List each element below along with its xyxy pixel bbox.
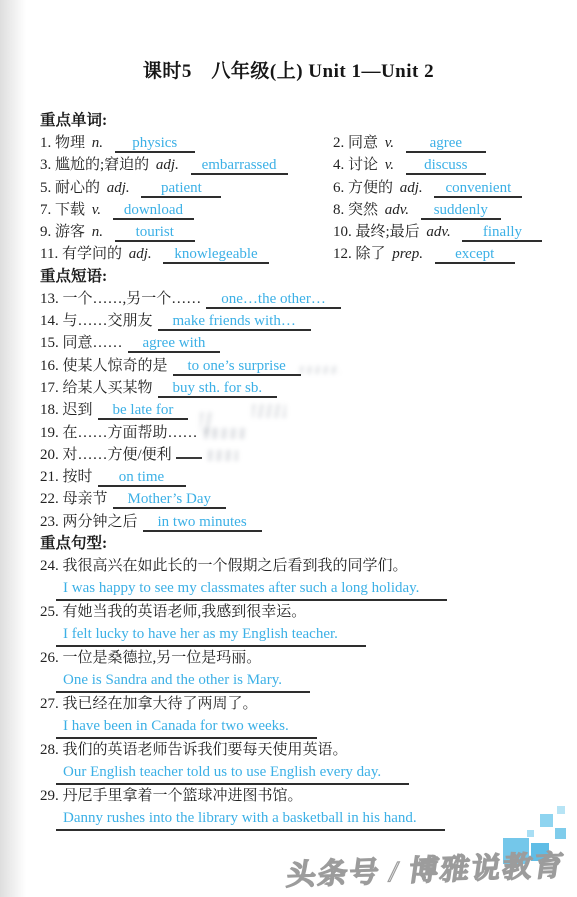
worksheet-content: 重点单词: 1. 物理 n. physics 2. 同意 v. agree 3.… [40,110,552,831]
sentences-list: 24. 我很高兴在如此长的一个假期之后看到我的同学们。 I was happy … [40,555,552,831]
sentence-chinese: 24. 我很高兴在如此长的一个假期之后看到我的同学们。 [40,555,552,577]
answer-sentence: I was happy to see my classmates after s… [56,579,447,601]
sentence-chinese: 27. 我已经在加拿大待了两周了。 [40,693,552,715]
phrases-list: 13. 一个……,另一个……one…the other… 14. 与……交朋友m… [40,288,552,533]
item-number: 18. [40,402,59,418]
word-item: 11. 有学问的 adj. knowlegeable [40,243,333,265]
section-heading-sentences: 重点句型: [40,533,552,555]
phrase-item: 22. 母亲节Mother’s Day [40,488,552,510]
item-number: 23. [40,514,59,530]
answer-blank: except [435,246,515,264]
faded-answer-ink [208,450,238,461]
part-of-speech: v. [385,135,394,151]
worksheet-page: 课时5 八年级(上) Unit 1—Unit 2 重点单词: 1. 物理 n. … [0,56,577,83]
item-number: 20. [40,447,59,463]
phrase-item: 14. 与……交朋友make friends with… [40,310,552,332]
item-number: 17. [40,380,59,396]
sentence-chinese-text: 有她当我的英语老师,我感到很幸运。 [63,604,307,620]
item-number: 8. [333,202,344,218]
answer-blank: one…the other… [206,291,341,309]
answer-blank: on time [98,469,186,487]
answer-blank: embarrassed [191,157,288,175]
item-number: 16. [40,358,59,374]
word-chinese: 耐心的 [55,180,100,196]
scan-edge-shadow [0,0,26,897]
answer-blank: to one’s surprise [173,358,301,376]
phrase-item: 15. 同意……agree with [40,332,552,354]
sentence-chinese: 29. 丹尼手里拿着一个篮球冲进图书馆。 [40,785,552,807]
phrase-item: 19. 在……方面帮助…… [40,422,552,444]
word-item: 9. 游客 n. tourist [40,221,333,243]
faded-answer-ink [204,428,246,439]
phrase-chinese: 在……方面帮助…… [63,425,198,441]
answer-blank: Mother’s Day [113,491,226,509]
phrase-item: 20. 对……方便/便利 [40,444,552,466]
word-item: 8. 突然 adv. suddenly [333,199,552,221]
answer-blank: convenient [434,180,522,198]
word-chinese: 突然 [348,202,378,218]
answer-blank: physics [115,135,195,153]
sentence-item: 25. 有她当我的英语老师,我感到很幸运。 I felt lucky to ha… [40,601,552,647]
item-number: 12. [333,246,352,262]
phrase-chinese: 给某人买某物 [63,380,153,396]
answer-sentence: I have been in Canada for two weeks. [56,717,317,739]
phrase-chinese: 按时 [63,469,93,485]
sentence-chinese-text: 我已经在加拿大待了两周了。 [63,696,258,712]
part-of-speech: adj. [400,180,423,196]
answer-blank: agree [406,135,486,153]
sentence-chinese: 28. 我们的英语老师告诉我们要每天使用英语。 [40,739,552,761]
phrase-chinese: 同意…… [63,335,123,351]
word-item: 4. 讨论 v. discuss [333,154,552,176]
answer-blank: in two minutes [143,514,262,532]
sentence-chinese: 25. 有她当我的英语老师,我感到很幸运。 [40,601,552,623]
word-item: 2. 同意 v. agree [333,132,552,154]
sentence-chinese-text: 一位是桑德拉,另一位是玛丽。 [63,650,262,666]
item-number: 26. [40,650,59,666]
item-number: 10. [333,224,352,240]
answer-blank: discuss [406,157,486,175]
word-chinese: 最终;最后 [356,224,420,240]
phrase-item: 18. 迟到be late for [40,399,552,421]
phrase-item: 16. 使某人惊奇的是to one’s surprise [40,355,552,377]
item-number: 9. [40,224,51,240]
answer-blank: buy sth. for sb. [158,380,278,398]
sentence-item: 27. 我已经在加拿大待了两周了。 I have been in Canada … [40,693,552,739]
sentence-item: 29. 丹尼手里拿着一个篮球冲进图书馆。 Danny rushes into t… [40,785,552,831]
answer-blank: suddenly [421,202,501,220]
word-item: 10. 最终;最后 adv. finally [333,221,552,243]
item-number: 21. [40,469,59,485]
phrase-chinese: 两分钟之后 [63,514,138,530]
page-title: 课时5 八年级(上) Unit 1—Unit 2 [30,56,547,83]
answer-blank: download [113,202,194,220]
section-heading-phrases: 重点短语: [40,266,552,288]
part-of-speech: n. [92,135,103,151]
item-number: 29. [40,788,59,804]
word-chinese: 除了 [356,246,386,262]
word-chinese: 尴尬的;窘迫的 [55,157,149,173]
word-item: 3. 尴尬的;窘迫的 adj. embarrassed [40,154,333,176]
item-number: 4. [333,157,344,173]
item-number: 2. [333,135,344,151]
word-chinese: 讨论 [348,157,378,173]
answer-sentence: I felt lucky to have her as my English t… [56,625,366,647]
logo-square [555,828,566,839]
sentence-chinese: 26. 一位是桑德拉,另一位是玛丽。 [40,647,552,669]
word-chinese: 同意 [348,135,378,151]
sentence-item: 24. 我很高兴在如此长的一个假期之后看到我的同学们。 I was happy … [40,555,552,601]
sentence-chinese-text: 我很高兴在如此长的一个假期之后看到我的同学们。 [63,558,408,574]
word-item: 7. 下载 v. download [40,199,333,221]
phrase-chinese: 迟到 [63,402,93,418]
answer-blank: finally [462,224,542,242]
part-of-speech: n. [92,224,103,240]
item-number: 7. [40,202,51,218]
watermark-text: 头条号 / 博雅说教育 [284,843,568,894]
word-chinese: 物理 [55,135,85,151]
sentence-item: 28. 我们的英语老师告诉我们要每天使用英语。 Our English teac… [40,739,552,785]
item-number: 19. [40,425,59,441]
phrase-item: 13. 一个……,另一个……one…the other… [40,288,552,310]
phrase-chinese: 母亲节 [63,491,108,507]
part-of-speech: adj. [107,180,130,196]
answer-blank: make friends with… [158,313,311,331]
answer-sentence: Danny rushes into the library with a bas… [56,809,445,831]
part-of-speech: v. [92,202,101,218]
item-number: 15. [40,335,59,351]
sentence-chinese-text: 我们的英语老师告诉我们要每天使用英语。 [63,742,348,758]
word-item: 12. 除了 prep. except [333,243,552,265]
words-list: 1. 物理 n. physics 2. 同意 v. agree 3. 尴尬的;窘… [40,132,552,266]
item-number: 22. [40,491,59,507]
word-chinese: 下载 [55,202,85,218]
answer-blank: agree with [128,335,221,353]
faded-answer-line [176,445,202,459]
word-chinese: 游客 [55,224,85,240]
phrase-item: 23. 两分钟之后in two minutes [40,511,552,533]
item-number: 24. [40,558,59,574]
word-item: 5. 耐心的 adj. patient [40,177,333,199]
item-number: 1. [40,135,51,151]
phrase-item: 17. 给某人买某物buy sth. for sb. [40,377,552,399]
phrase-chinese: 使某人惊奇的是 [63,358,168,374]
word-item: 1. 物理 n. physics [40,132,333,154]
part-of-speech: prep. [392,246,423,262]
answer-sentence: Our English teacher told us to use Engli… [56,763,409,785]
item-number: 11. [40,246,58,262]
item-number: 6. [333,180,344,196]
part-of-speech: adv. [385,202,409,218]
item-number: 3. [40,157,51,173]
answer-blank: tourist [115,224,195,242]
part-of-speech: v. [385,157,394,173]
item-number: 5. [40,180,51,196]
item-number: 28. [40,742,59,758]
phrase-chinese: 与……交朋友 [63,313,153,329]
phrase-chinese: 对……方便/便利 [63,447,172,463]
part-of-speech: adv. [426,224,450,240]
phrase-chinese: 一个……,另一个…… [63,291,202,307]
item-number: 25. [40,604,59,620]
answer-blank: be late for [98,402,189,420]
item-number: 13. [40,291,59,307]
logo-square [527,830,534,837]
section-heading-words: 重点单词: [40,110,552,132]
item-number: 27. [40,696,59,712]
sentence-item: 26. 一位是桑德拉,另一位是玛丽。 One is Sandra and the… [40,647,552,693]
sentence-chinese-text: 丹尼手里拿着一个篮球冲进图书馆。 [63,788,303,804]
answer-blank: knowlegeable [163,246,268,264]
answer-sentence: One is Sandra and the other is Mary. [56,671,310,693]
logo-square [557,806,565,814]
item-number: 14. [40,313,59,329]
answer-blank: patient [141,180,221,198]
word-chinese: 有学问的 [62,246,122,262]
part-of-speech: adj. [129,246,152,262]
word-item: 6. 方便的 adj. convenient [333,177,552,199]
word-chinese: 方便的 [348,180,393,196]
phrase-item: 21. 按时on time [40,466,552,488]
part-of-speech: adj. [156,157,179,173]
